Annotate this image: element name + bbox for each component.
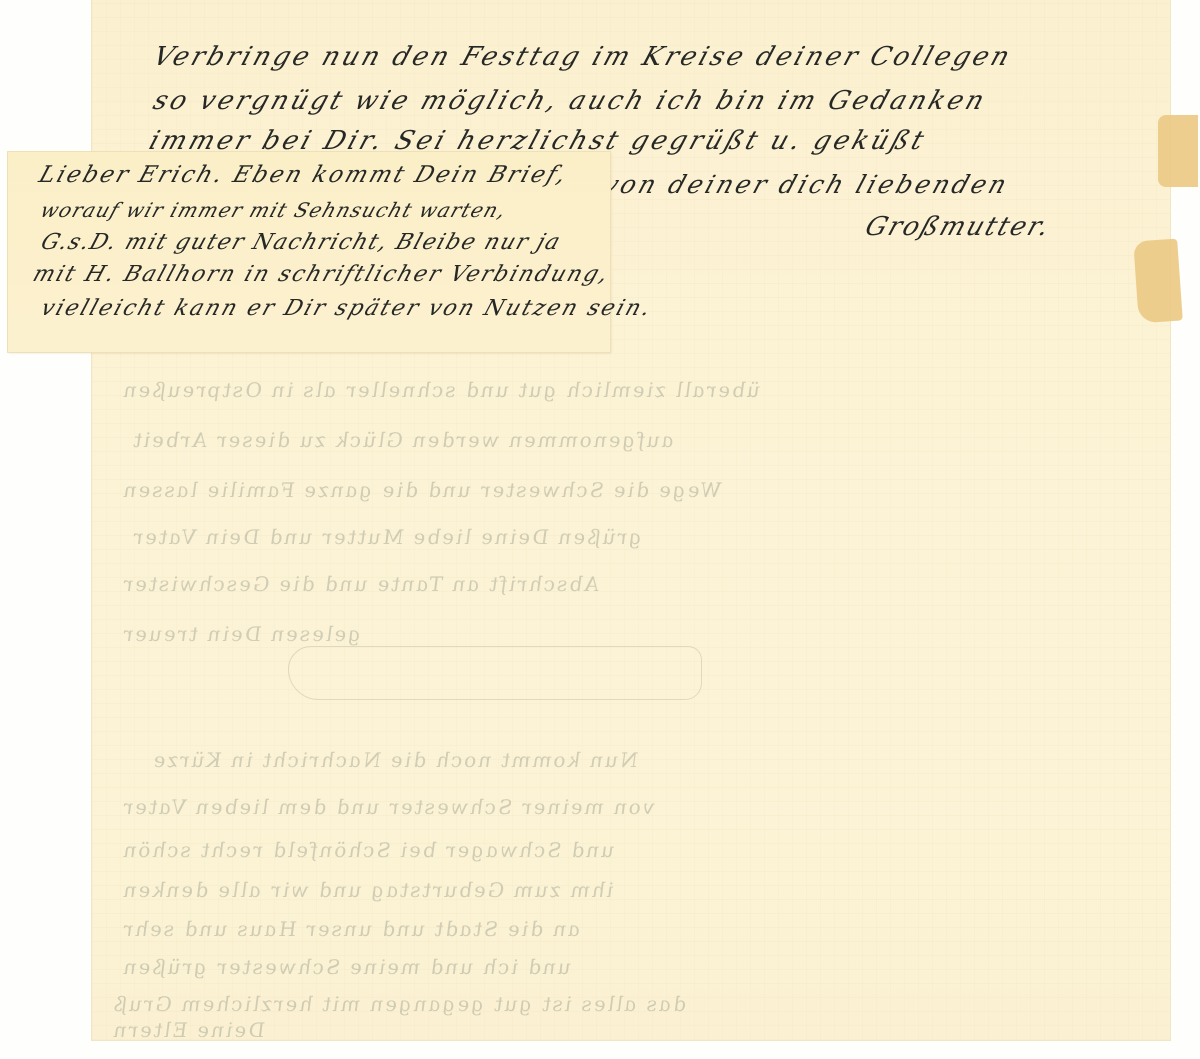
bleed-through-line: und ich und meine Schwester grüßen [118, 955, 575, 979]
slip-line: G.s.D. mit guter Nachricht, Bleibe nur j… [38, 232, 564, 254]
bleed-through-line: Abschrift an Tante und die Geschwister [118, 572, 603, 596]
scanned-letter: überall ziemlich gut und schneller als i… [0, 0, 1200, 1059]
bleed-through-line: Nun kommt noch die Nachricht in Kürze [148, 748, 642, 772]
bleed-through-line: aufgenommen werden Glück zu dieser Arbei… [128, 428, 678, 452]
slip-line: Lieber Erich. Eben kommt Dein Brief, [36, 164, 571, 187]
slip-line: worauf wir immer mit Sehnsucht warten, [38, 200, 509, 220]
tape-patch [1158, 115, 1198, 187]
letter-closing: von deiner dich liebenden [600, 172, 1013, 197]
letter-line: so vergnügt wie möglich, auch ich bin im… [150, 88, 990, 114]
faint-stamp-outline [288, 646, 702, 700]
bleed-through-line: grüßen Deine liebe Mutter und Dein Vater [128, 525, 646, 549]
bleed-through-line: und Schwager bei Schönfeld recht schön [118, 838, 618, 862]
bleed-through-line: gelesen Dein treuer [118, 622, 365, 646]
bleed-through-line: überall ziemlich gut und schneller als i… [118, 378, 764, 402]
letter-signature: Großmutter. [862, 214, 1054, 240]
letter-line: Verbringe nun den Festtag im Kreise dein… [150, 44, 1016, 70]
bleed-through-line: das alles ist gut gegangen mit herzliche… [108, 992, 690, 1016]
bleed-through-line: Wege die Schwester und die ganze Familie… [118, 478, 725, 502]
letter-line: immer bei Dir. Sei herzlichst gegrüßt u.… [146, 128, 930, 154]
tape-patch [1133, 239, 1183, 324]
bleed-through-line: von meiner Schwester und dem lieben Vate… [118, 795, 658, 819]
bleed-through-line: an die Stadt und unser Haus und sehr [118, 917, 584, 941]
slip-line: mit H. Ballhorn in schriftlicher Verbind… [30, 264, 612, 286]
slip-line: vielleicht kann er Dir später von Nutzen… [38, 298, 655, 320]
pasted-note-slip: Lieber Erich. Eben kommt Dein Brief, wor… [8, 152, 610, 352]
bleed-through-line: ihm zum Geburtstag und wir alle denken [118, 878, 617, 902]
bleed-through-line: Deine Eltern [108, 1018, 268, 1042]
